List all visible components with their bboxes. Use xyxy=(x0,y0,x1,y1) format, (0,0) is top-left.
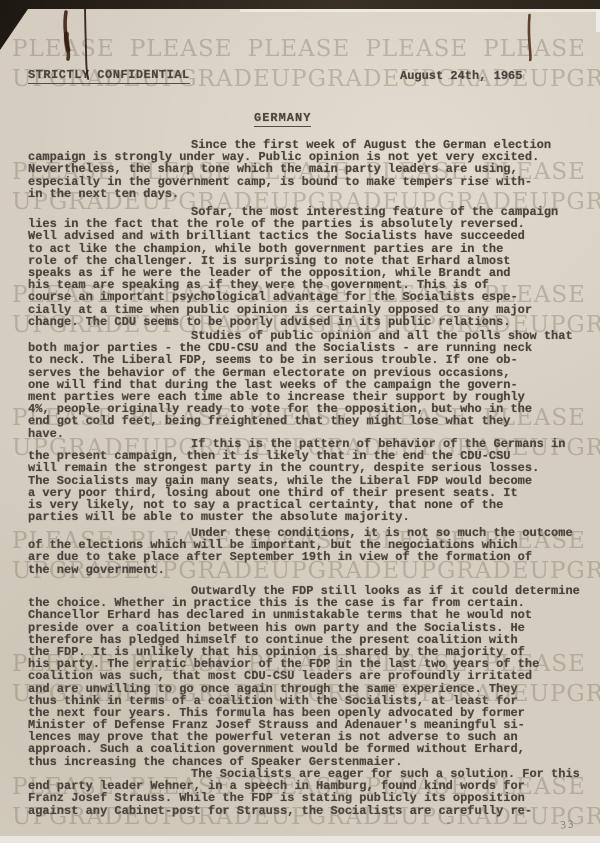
paragraph: Studies of public opinion and all the po… xyxy=(28,330,580,440)
text-line: and are unwilling to go once again throu… xyxy=(28,683,580,695)
text-line: course an important psychological advant… xyxy=(28,291,580,303)
text-line: in the next ten days. xyxy=(28,188,580,200)
text-line: Well advised and with brilliant tactics … xyxy=(28,230,580,242)
text-line: approach. Such a coalition government wo… xyxy=(28,743,580,755)
document-date: August 24th, 1965 xyxy=(400,69,522,83)
text-line: will remain the strongest party in the c… xyxy=(28,462,580,474)
text-line: end got cold feet, being freightened tha… xyxy=(28,415,580,427)
text-line: serves the behavior of the German electo… xyxy=(28,367,580,379)
text-line: Franz Josef Strauss. While the FDP is st… xyxy=(28,792,580,804)
classification-stamp: STRICTLY CONFIDENTIAL xyxy=(28,68,190,84)
paragraph: The Socialists are eager for such a solu… xyxy=(28,768,580,817)
paragraph: Since the first week of August the Germa… xyxy=(28,139,580,200)
scanned-document-page: PLEASEPLEASEPLEASEPLEASEPLEASEUPGRADEUPG… xyxy=(0,0,600,843)
paper-edge-highlight xyxy=(240,9,600,12)
paragraph: Outwardly the FDP still looks as if it c… xyxy=(28,585,580,768)
text-line: preside over a coalition between his own… xyxy=(28,622,580,634)
text-line: cially at a time when public opinion is … xyxy=(28,304,580,316)
paragraph: If this is the pattern of behavior of th… xyxy=(28,438,580,523)
paragraph: Sofar, the most interesting feature of t… xyxy=(28,206,580,328)
text-line: Chancellor Erhard has declared in unmist… xyxy=(28,609,580,621)
text-line: to act like the champion, while both gov… xyxy=(28,243,580,255)
document-content: STRICTLY CONFIDENTIAL August 24th, 1965 … xyxy=(0,0,600,843)
paper-edge-right-sliver xyxy=(596,10,600,32)
text-line: parties will be able to muster the absol… xyxy=(28,511,580,523)
document-title: GERMANY xyxy=(254,111,311,127)
text-line: are due to take place after September 19… xyxy=(28,551,580,563)
page-number: 33 xyxy=(560,819,576,831)
text-line: thus increasing the chances of Speaker G… xyxy=(28,756,580,768)
text-line: to neck. The Liberal FDP, seems to be in… xyxy=(28,354,580,366)
text-line: Nevertheless, the sharp tone which the m… xyxy=(28,163,580,175)
paragraph: Under these conditions, it is not so muc… xyxy=(28,527,580,576)
text-line: against any Cabinet-post for Strauss, th… xyxy=(28,805,580,817)
scan-edge-bottom xyxy=(0,836,600,843)
pencil-speck xyxy=(447,822,450,824)
text-line: change. The CDU seems to be poorly advis… xyxy=(28,316,580,328)
text-line: the new government. xyxy=(28,564,580,576)
text-line: The Socialists may gain many seats, whil… xyxy=(28,475,580,487)
text-line: especially in the government camp, is bo… xyxy=(28,176,580,188)
text-line: coalition was such, that most CDU-CSU le… xyxy=(28,670,580,682)
